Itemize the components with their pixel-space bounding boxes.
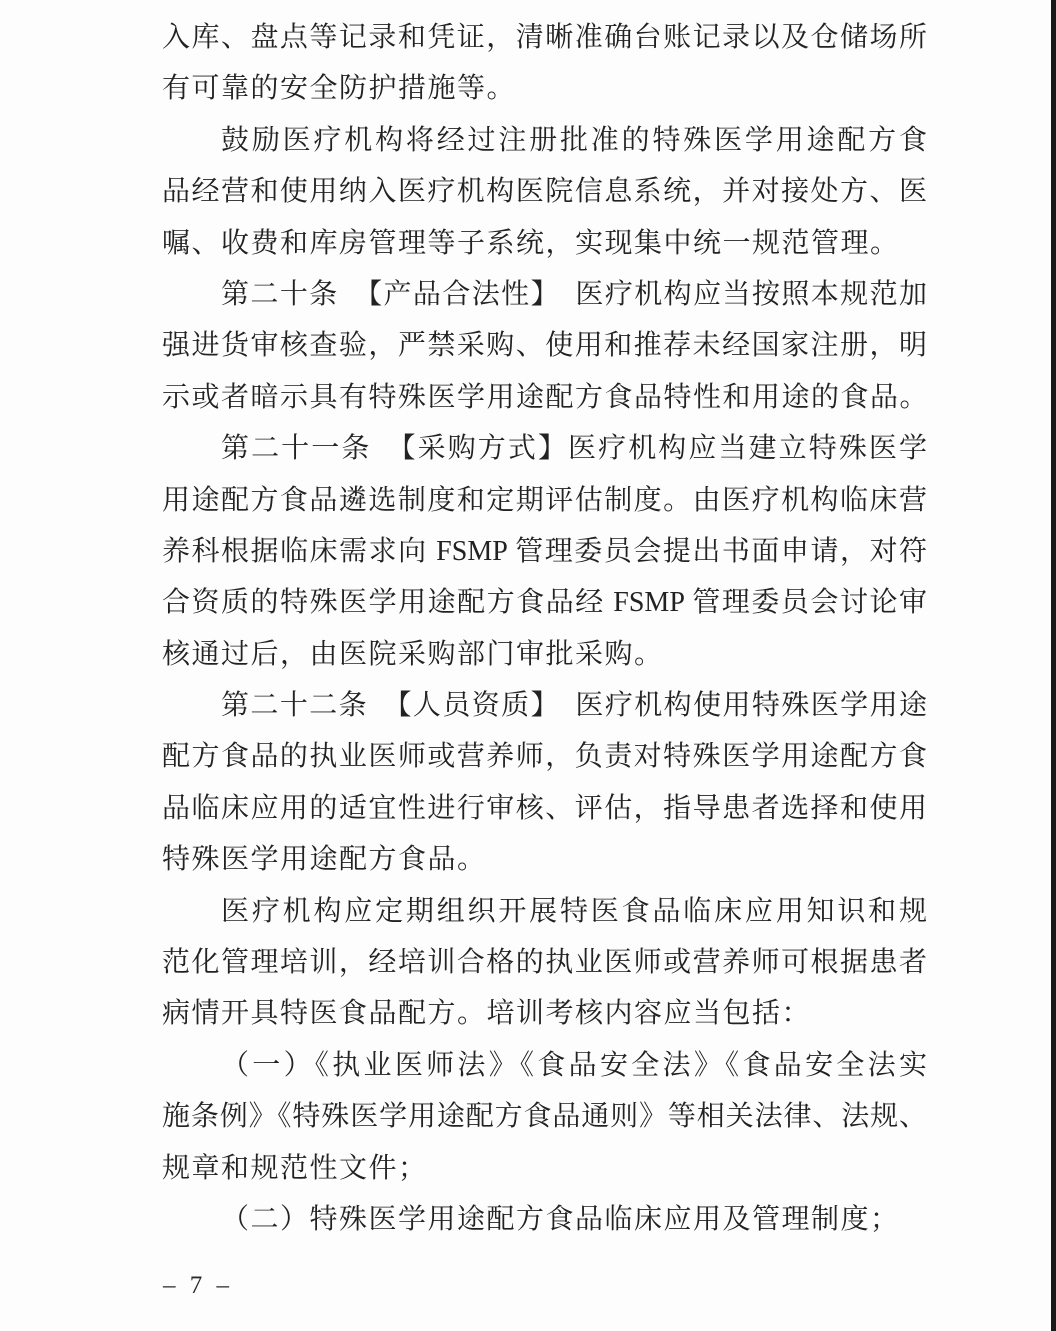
page-number: – 7 – [163,1272,233,1300]
text-line: 核通过后，由医院采购部门审批采购。 [162,629,927,680]
text-line: 病情开具特医食品配方。培训考核内容应当包括： [162,988,927,1039]
text-line: 品临床应用的适宜性进行审核、评估，指导患者选择和使用 [162,783,927,834]
text-line: 合资质的特殊医学用途配方食品经 FSMP 管理委员会讨论审 [162,577,927,628]
text-line: 示或者暗示具有特殊医学用途配方食品特性和用途的食品。 [162,372,927,423]
text-line: （二）特殊医学用途配方食品临床应用及管理制度； [162,1194,927,1245]
text-line: 嘱、收费和库房管理等子系统，实现集中统一规范管理。 [162,218,927,269]
text-line: 第二十一条 【采购方式】医疗机构应当建立特殊医学 [162,423,927,474]
text-line: 用途配方食品遴选制度和定期评估制度。由医疗机构临床营 [162,475,927,526]
text-line: 入库、盘点等记录和凭证，清晰准确台账记录以及仓储场所 [162,12,927,63]
text-line: 有可靠的安全防护措施等。 [162,63,927,114]
scan-edge-line [1051,0,1056,1331]
text-line: 医疗机构应定期组织开展特医食品临床应用知识和规 [162,886,927,937]
text-line: 强进货审核查验，严禁采购、使用和推荐未经国家注册，明 [162,320,927,371]
text-line: 第二十条 【产品合法性】 医疗机构应当按照本规范加 [162,269,927,320]
text-line: 范化管理培训，经培训合格的执业医师或营养师可根据患者 [162,937,927,988]
text-line: 第二十二条 【人员资质】 医疗机构使用特殊医学用途 [162,680,927,731]
document-text-block: 入库、盘点等记录和凭证，清晰准确台账记录以及仓储场所 有可靠的安全防护措施等。 … [162,12,927,1245]
text-line: 品经营和使用纳入医疗机构医院信息系统，并对接处方、医 [162,166,927,217]
text-line: 配方食品的执业医师或营养师，负责对特殊医学用途配方食 [162,731,927,782]
text-line: 养科根据临床需求向 FSMP 管理委员会提出书面申请，对符 [162,526,927,577]
text-line: 鼓励医疗机构将经过注册批准的特殊医学用途配方食 [162,115,927,166]
text-line: 特殊医学用途配方食品。 [162,834,927,885]
text-line: 规章和规范性文件； [162,1143,927,1194]
document-page: 入库、盘点等记录和凭证，清晰准确台账记录以及仓储场所 有可靠的安全防护措施等。 … [0,0,1056,1331]
text-line: 施条例》《特殊医学用途配方食品通则》等相关法律、法规、 [162,1091,927,1142]
text-line: （一）《执业医师法》《食品安全法》《食品安全法实 [162,1040,927,1091]
